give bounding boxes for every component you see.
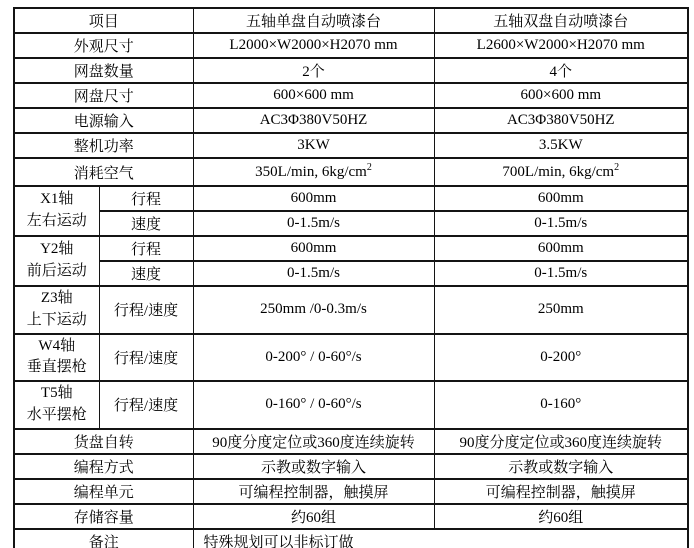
row-machine-power: 整机功率 3KW 3.5KW bbox=[14, 133, 688, 158]
sub-label-cell: 行程/速度 bbox=[99, 334, 193, 382]
row-w4: W4轴 垂直摆枪 行程/速度 0-200° / 0-60°/s 0-200° bbox=[14, 334, 688, 382]
header-double-machine-cell: 五轴双盘自动喷漆台 bbox=[434, 8, 688, 33]
sub-label-cell: 速度 bbox=[99, 261, 193, 286]
row-t5: T5轴 水平摆枪 行程/速度 0-160° / 0-60°/s 0-160° bbox=[14, 381, 688, 429]
row-power-input: 电源输入 AC3Φ380V50HZ AC3Φ380V50HZ bbox=[14, 108, 688, 133]
value-cell: 可编程控制器，触摸屏 bbox=[434, 479, 688, 504]
label-cell: 货盘自转 bbox=[14, 429, 193, 454]
row-programming-method: 编程方式 示教或数字输入 示教或数字输入 bbox=[14, 454, 688, 479]
row-remark: 备注 特殊规划可以非标订做 bbox=[14, 529, 688, 548]
axis-group-cell-t5: T5轴 水平摆枪 bbox=[14, 381, 99, 429]
air-value-superscript: 2 bbox=[367, 162, 372, 173]
row-x1-stroke: X1轴 左右运动 行程 600mm 600mm bbox=[14, 186, 688, 211]
value-cell: 600×600 mm bbox=[434, 83, 688, 108]
header-item-cell: 项目 bbox=[14, 8, 193, 33]
value-cell: L2600×W2000×H2070 mm bbox=[434, 33, 688, 58]
value-cell: AC3Φ380V50HZ bbox=[434, 108, 688, 133]
label-cell: 电源输入 bbox=[14, 108, 193, 133]
row-air-consumption: 消耗空气 350L/min, 6kg/cm2 700L/min, 6kg/cm2 bbox=[14, 158, 688, 186]
label-cell: 存储容量 bbox=[14, 504, 193, 529]
axis-group-cell-z3: Z3轴 上下运动 bbox=[14, 286, 99, 334]
value-cell: 示教或数字输入 bbox=[193, 454, 434, 479]
label-cell: 网盘尺寸 bbox=[14, 83, 193, 108]
label-cell: 网盘数量 bbox=[14, 58, 193, 83]
row-x1-speed: 速度 0-1.5m/s 0-1.5m/s bbox=[14, 211, 688, 236]
row-storage-capacity: 存储容量 约60组 约60组 bbox=[14, 504, 688, 529]
value-cell: 可编程控制器，触摸屏 bbox=[193, 479, 434, 504]
value-cell: 0-1.5m/s bbox=[193, 211, 434, 236]
row-pallet-rotation: 货盘自转 90度分度定位或360度连续旋转 90度分度定位或360度连续旋转 bbox=[14, 429, 688, 454]
row-y2-stroke: Y2轴 前后运动 行程 600mm 600mm bbox=[14, 236, 688, 261]
row-appearance-size: 外观尺寸 L2000×W2000×H2070 mm L2600×W2000×H2… bbox=[14, 33, 688, 58]
value-cell: 示教或数字输入 bbox=[434, 454, 688, 479]
value-cell: 0-1.5m/s bbox=[193, 261, 434, 286]
value-cell: AC3Φ380V50HZ bbox=[193, 108, 434, 133]
label-cell: 编程方式 bbox=[14, 454, 193, 479]
value-cell: 600mm bbox=[434, 186, 688, 211]
value-cell: 0-1.5m/s bbox=[434, 211, 688, 236]
air-value-base: 350L/min, 6kg/cm bbox=[255, 164, 367, 180]
label-cell: 消耗空气 bbox=[14, 158, 193, 186]
sub-label-cell: 行程 bbox=[99, 186, 193, 211]
value-cell: 600mm bbox=[193, 186, 434, 211]
value-cell: 0-200° / 0-60°/s bbox=[193, 334, 434, 382]
value-cell: 约60组 bbox=[193, 504, 434, 529]
value-cell: 600×600 mm bbox=[193, 83, 434, 108]
label-cell: 备注 bbox=[14, 529, 193, 548]
row-y2-speed: 速度 0-1.5m/s 0-1.5m/s bbox=[14, 261, 688, 286]
sub-label-cell: 行程 bbox=[99, 236, 193, 261]
value-cell: 2个 bbox=[193, 58, 434, 83]
row-disc-quantity: 网盘数量 2个 4个 bbox=[14, 58, 688, 83]
value-cell: 700L/min, 6kg/cm2 bbox=[434, 158, 688, 186]
header-single-machine-cell: 五轴单盘自动喷漆台 bbox=[193, 8, 434, 33]
remark-value-cell: 特殊规划可以非标订做 bbox=[193, 529, 688, 548]
row-disc-size: 网盘尺寸 600×600 mm 600×600 mm bbox=[14, 83, 688, 108]
value-cell: 0-160° / 0-60°/s bbox=[193, 381, 434, 429]
label-cell: 编程单元 bbox=[14, 479, 193, 504]
label-cell: 外观尺寸 bbox=[14, 33, 193, 58]
value-cell: 0-200° bbox=[434, 334, 688, 382]
spec-table: 项目 五轴单盘自动喷漆台 五轴双盘自动喷漆台 外观尺寸 L2000×W2000×… bbox=[13, 7, 689, 548]
value-cell: 0-160° bbox=[434, 381, 688, 429]
value-cell: 4个 bbox=[434, 58, 688, 83]
value-cell: 600mm bbox=[193, 236, 434, 261]
value-cell: 600mm bbox=[434, 236, 688, 261]
air-value-base: 700L/min, 6kg/cm bbox=[502, 164, 614, 180]
value-cell: 350L/min, 6kg/cm2 bbox=[193, 158, 434, 186]
value-cell: L2000×W2000×H2070 mm bbox=[193, 33, 434, 58]
value-cell: 250mm /0-0.3m/s bbox=[193, 286, 434, 334]
value-cell: 0-1.5m/s bbox=[434, 261, 688, 286]
axis-group-cell-x1: X1轴 左右运动 bbox=[14, 186, 99, 236]
label-cell: 整机功率 bbox=[14, 133, 193, 158]
value-cell: 约60组 bbox=[434, 504, 688, 529]
value-cell: 90度分度定位或360度连续旋转 bbox=[434, 429, 688, 454]
axis-group-cell-w4: W4轴 垂直摆枪 bbox=[14, 334, 99, 382]
value-cell: 250mm bbox=[434, 286, 688, 334]
axis-group-cell-y2: Y2轴 前后运动 bbox=[14, 236, 99, 286]
row-z3: Z3轴 上下运动 行程/速度 250mm /0-0.3m/s 250mm bbox=[14, 286, 688, 334]
value-cell: 90度分度定位或360度连续旋转 bbox=[193, 429, 434, 454]
table-header-row: 项目 五轴单盘自动喷漆台 五轴双盘自动喷漆台 bbox=[14, 8, 688, 33]
air-value-superscript: 2 bbox=[614, 162, 619, 173]
sub-label-cell: 速度 bbox=[99, 211, 193, 236]
value-cell: 3.5KW bbox=[434, 133, 688, 158]
sub-label-cell: 行程/速度 bbox=[99, 381, 193, 429]
sub-label-cell: 行程/速度 bbox=[99, 286, 193, 334]
row-programming-unit: 编程单元 可编程控制器，触摸屏 可编程控制器，触摸屏 bbox=[14, 479, 688, 504]
value-cell: 3KW bbox=[193, 133, 434, 158]
